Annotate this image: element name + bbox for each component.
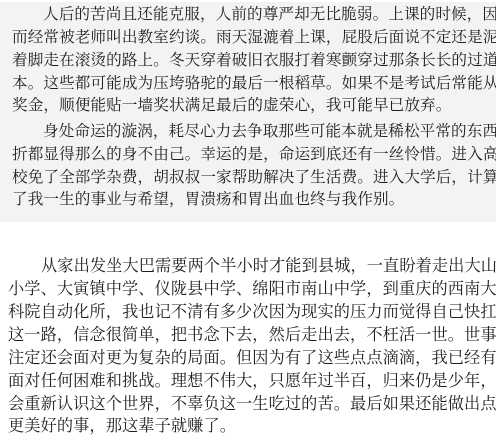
paragraph-2-line-3: 校免了全部学杂费，胡叔叔一家帮助解决了生活费。进入大学后，计算机终于成 [12, 167, 496, 187]
paragraph-1-line-5: 奖金，顺便能贴一墙奖状满足最后的虚荣心，我可能早已放弃。 [12, 95, 451, 115]
paragraph-2-line-1: 身处命运的漩涡，耗尽心力去争取那些可能本就是稀松平常的东西，每次转 [12, 121, 496, 141]
paragraph-3-line-2: 小学、大寅镇中学、仪陇县中学、绵阳市南山中学，到重庆的西南大学，再到中 [8, 279, 496, 299]
paragraph-3-line-7: 会重新认识这个世界，不辜负这一生吃过的苦。最后如果还能做出点让别人生活 [8, 394, 496, 414]
paragraph-3-line-4: 这一路，信念很简单，把书念下去，然后走出去，不枉活一世。世事难料，未来 [8, 325, 496, 345]
paragraph-3-line-5: 注定还会面对更为复杂的局面。但因为有了这些点点滴滴，我已经有勇气和耐心 [8, 348, 496, 368]
paragraph-3-line-8: 更美好的事，那这辈子就赚了。 [8, 416, 236, 436]
paragraph-2-line-4: 了我一生的事业与希望，胃溃疡和胃出血也终与我作别。 [12, 189, 404, 209]
paragraph-1-line-3: 着脚走在滚烫的路上。冬天穿着破旧衣服打着寒颤穿过那条长长的过道领作业 [12, 50, 496, 70]
paragraph-3-line-6: 面对任何困难和挑战。理想不伟大，只愿年过半百，归来仍是少年，希望还有机 [8, 371, 496, 391]
paragraph-1-line-2: 而经常被老师叫出教室约谈。雨天湿漉着上课，屁股后面说不定还是泥。夏天光 [12, 27, 496, 47]
text-excerpt-top: 人后的苦尚且还能克服，人前的尊严却无比脆弱。上课的时候，因拖欠学费 而经常被老师… [0, 2, 496, 222]
paragraph-3-line-3: 科院自动化所，我也记不清有多少次因为现实的压力而觉得自己快扛不下去了。 [8, 302, 496, 322]
paragraph-1-line-4: 本。这些都可能成为压垮骆驼的最后一根稻草。如果不是考试后常能从主席台领 [12, 73, 496, 93]
paragraph-3-line-1: 从家出发坐大巴需要两个半小时才能到县城，一直盼着走出大山。从炬光乡 [8, 256, 496, 276]
paragraph-2-line-2: 折都显得那么的身不由己。幸运的是，命运到底还有一丝怜惜。进入高中后，学 [12, 144, 496, 164]
paragraph-1-line-1: 人后的苦尚且还能克服，人前的尊严却无比脆弱。上课的时候，因拖欠学费 [12, 4, 496, 24]
